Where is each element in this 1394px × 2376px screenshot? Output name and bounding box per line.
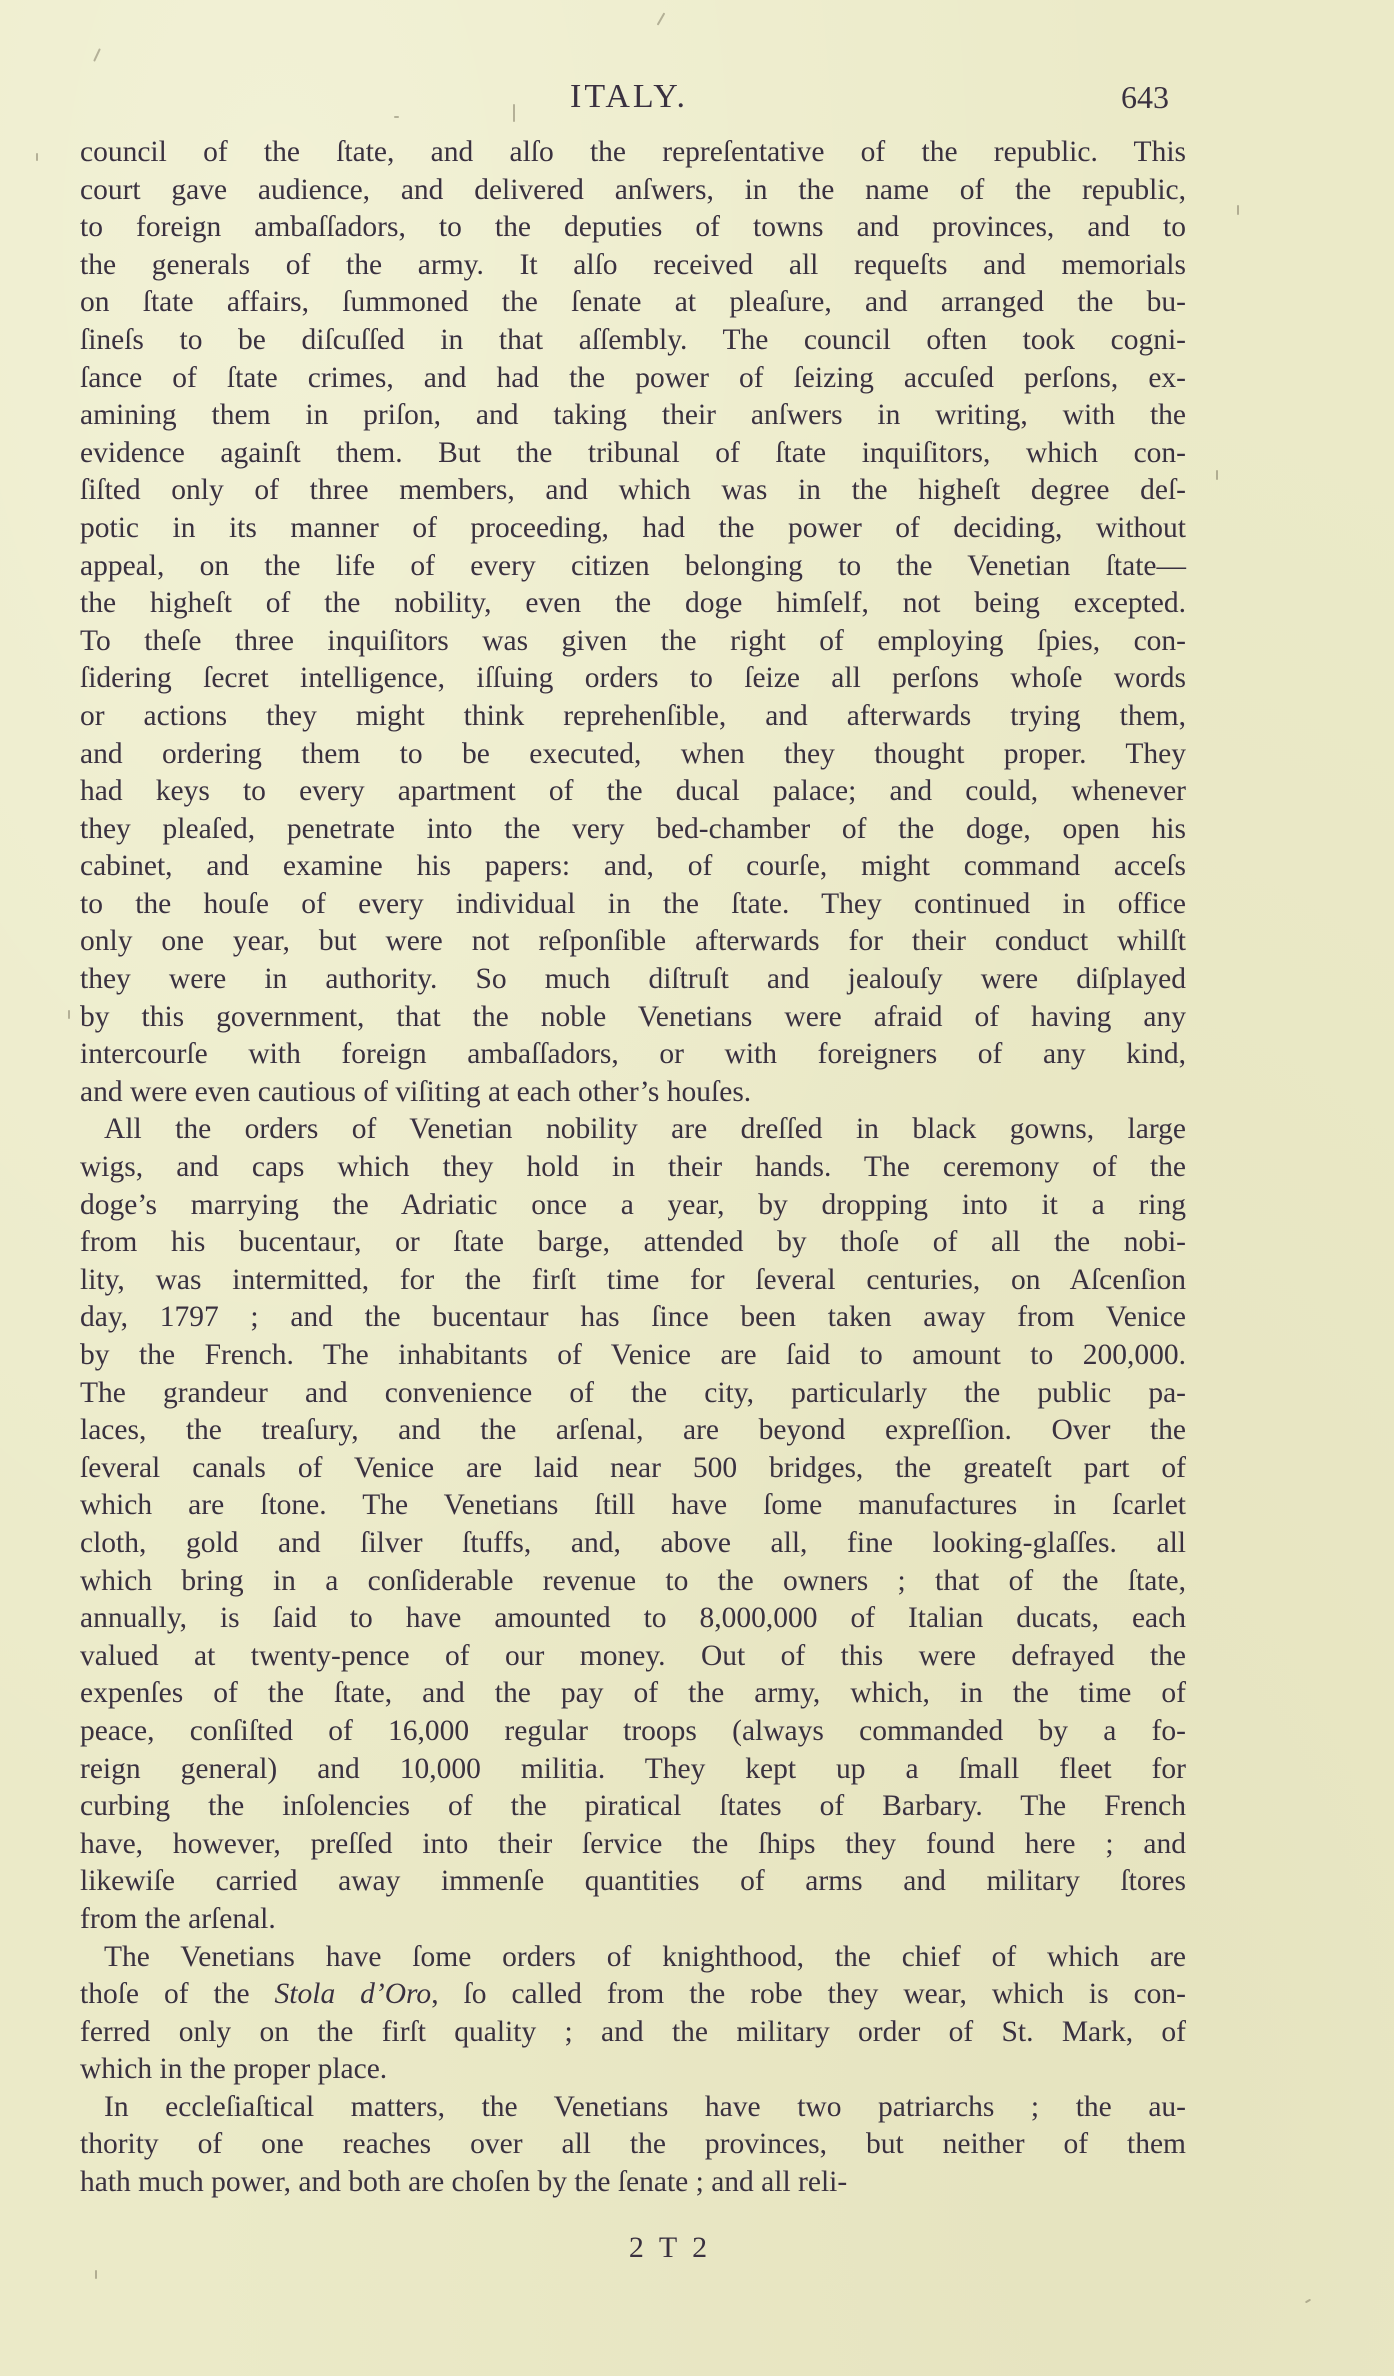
paper-speck: [95, 2270, 97, 2279]
text-line: from his bucentaur, or ſtate barge, atte…: [80, 1224, 1186, 1262]
text-line: annually, is ſaid to have amounted to 8,…: [80, 1600, 1186, 1638]
paper-speck: [36, 153, 38, 161]
text-line: to the houſe of every individual in the …: [80, 886, 1186, 924]
text-line: which bring in a conſiderable revenue to…: [80, 1563, 1186, 1601]
text-line: and were even cautious of viſiting at ea…: [80, 1074, 1186, 1112]
running-head: ITALY. 643: [0, 72, 1394, 122]
text-line: cabinet, and examine his papers: and, of…: [80, 848, 1186, 886]
text-line: ſeveral canals of Venice are laid near 5…: [80, 1450, 1186, 1488]
book-page: ITALY. 643 council of the ſtate, and alſ…: [0, 0, 1394, 2376]
text-line: reign general) and 10,000 militia. They …: [80, 1751, 1186, 1789]
text-line: the higheſt of the nobility, even the do…: [80, 585, 1186, 623]
text-line: evidence againſt them. But the tribunal …: [80, 435, 1186, 473]
text-line: In eccleſiaſtical matters, the Venetians…: [80, 2089, 1186, 2127]
paper-speck: [1237, 205, 1239, 215]
text-line: on ſtate affairs, ſummoned the ſenate at…: [80, 284, 1186, 322]
text-line: court gave audience, and delivered anſwe…: [80, 172, 1186, 210]
paper-speck: [93, 48, 101, 62]
text-line: or actions they might think reprehenſibl…: [80, 698, 1186, 736]
text-line: ſineſs to be diſcuſſed in that aſſembly.…: [80, 322, 1186, 360]
text-line: and ordering them to be executed, when t…: [80, 736, 1186, 774]
text-line: ferred only on the firſt quality ; and t…: [80, 2014, 1186, 2052]
text-line: expenſes of the ſtate, and the pay of th…: [80, 1675, 1186, 1713]
text-line: intercourſe with foreign ambaſſadors, or…: [80, 1036, 1186, 1074]
text-line: All the orders of Venetian nobility are …: [80, 1111, 1186, 1149]
text-line: curbing the inſolencies of the piratical…: [80, 1788, 1186, 1826]
text-line: which in the proper place.: [80, 2051, 1186, 2089]
text-line: amining them in priſon, and taking their…: [80, 397, 1186, 435]
text-line: by this government, that the noble Venet…: [80, 999, 1186, 1037]
text-line: have, however, preſſed into their ſervic…: [80, 1826, 1186, 1864]
running-title: ITALY.: [570, 72, 688, 122]
text-line: lity, was intermitted, for the firſt tim…: [80, 1262, 1186, 1300]
text-line: wigs, and caps which they hold in their …: [80, 1149, 1186, 1187]
text-line: from the arſenal.: [80, 1901, 1186, 1939]
page-number: 643: [1121, 72, 1169, 122]
text-line: to foreign ambaſſadors, to the deputies …: [80, 209, 1186, 247]
text-line: council of the ſtate, and alſo the repre…: [80, 134, 1186, 172]
text-line: peace, conſiſted of 16,000 regular troop…: [80, 1713, 1186, 1751]
italic-phrase: Stola d’Oro: [275, 1978, 432, 2010]
text-line: by the French. The inhabitants of Venice…: [80, 1337, 1186, 1375]
signature-mark: 2 T 2: [610, 2228, 730, 2268]
paper-speck: [1216, 470, 1218, 480]
text-line: The Venetians have ſome orders of knight…: [80, 1939, 1186, 1977]
text-line: thoſe of the Stola d’Oro, ſo called from…: [80, 1976, 1186, 2014]
text-line: valued at twenty-pence of our money. Out…: [80, 1638, 1186, 1676]
text-line: only one year, but were not reſponſible …: [80, 923, 1186, 961]
text-line: which are ſtone. The Venetians ſtill hav…: [80, 1487, 1186, 1525]
text-line: appeal, on the life of every citizen bel…: [80, 548, 1186, 586]
paper-speck: [657, 12, 666, 25]
text-line: To theſe three inquiſitors was given the…: [80, 623, 1186, 661]
text-line: thority of one reaches over all the prov…: [80, 2126, 1186, 2164]
body-text: council of the ſtate, and alſo the repre…: [80, 134, 1186, 2202]
text-line: ſance of ſtate crimes, and had the power…: [80, 360, 1186, 398]
text-line: laces, the treaſury, and the arſenal, ar…: [80, 1412, 1186, 1450]
paper-speck: [394, 116, 399, 118]
text-line: cloth, gold and ſilver ſtuffs, and, abov…: [80, 1525, 1186, 1563]
text-line: had keys to every apartment of the ducal…: [80, 773, 1186, 811]
text-line: hath much power, and both are choſen by …: [80, 2164, 1186, 2202]
text-line: doge’s marrying the Adriatic once a year…: [80, 1187, 1186, 1225]
text-line: potic in its manner of proceeding, had t…: [80, 510, 1186, 548]
text-line: The grandeur and convenience of the city…: [80, 1375, 1186, 1413]
text-line: ſidering ſecret intelligence, iſſuing or…: [80, 660, 1186, 698]
paper-speck: [68, 1010, 70, 1019]
text-line: ſiſted only of three members, and which …: [80, 472, 1186, 510]
text-line: the generals of the army. It alſo receiv…: [80, 247, 1186, 285]
text-line: they pleaſed, penetrate into the very be…: [80, 811, 1186, 849]
paper-speck: [513, 104, 515, 122]
text-line: day, 1797 ; and the bucentaur has ſince …: [80, 1299, 1186, 1337]
text-line: likewiſe carried away immenſe quantities…: [80, 1863, 1186, 1901]
paper-speck: [1305, 2299, 1311, 2304]
text-line: they were in authority. So much diſtruſt…: [80, 961, 1186, 999]
